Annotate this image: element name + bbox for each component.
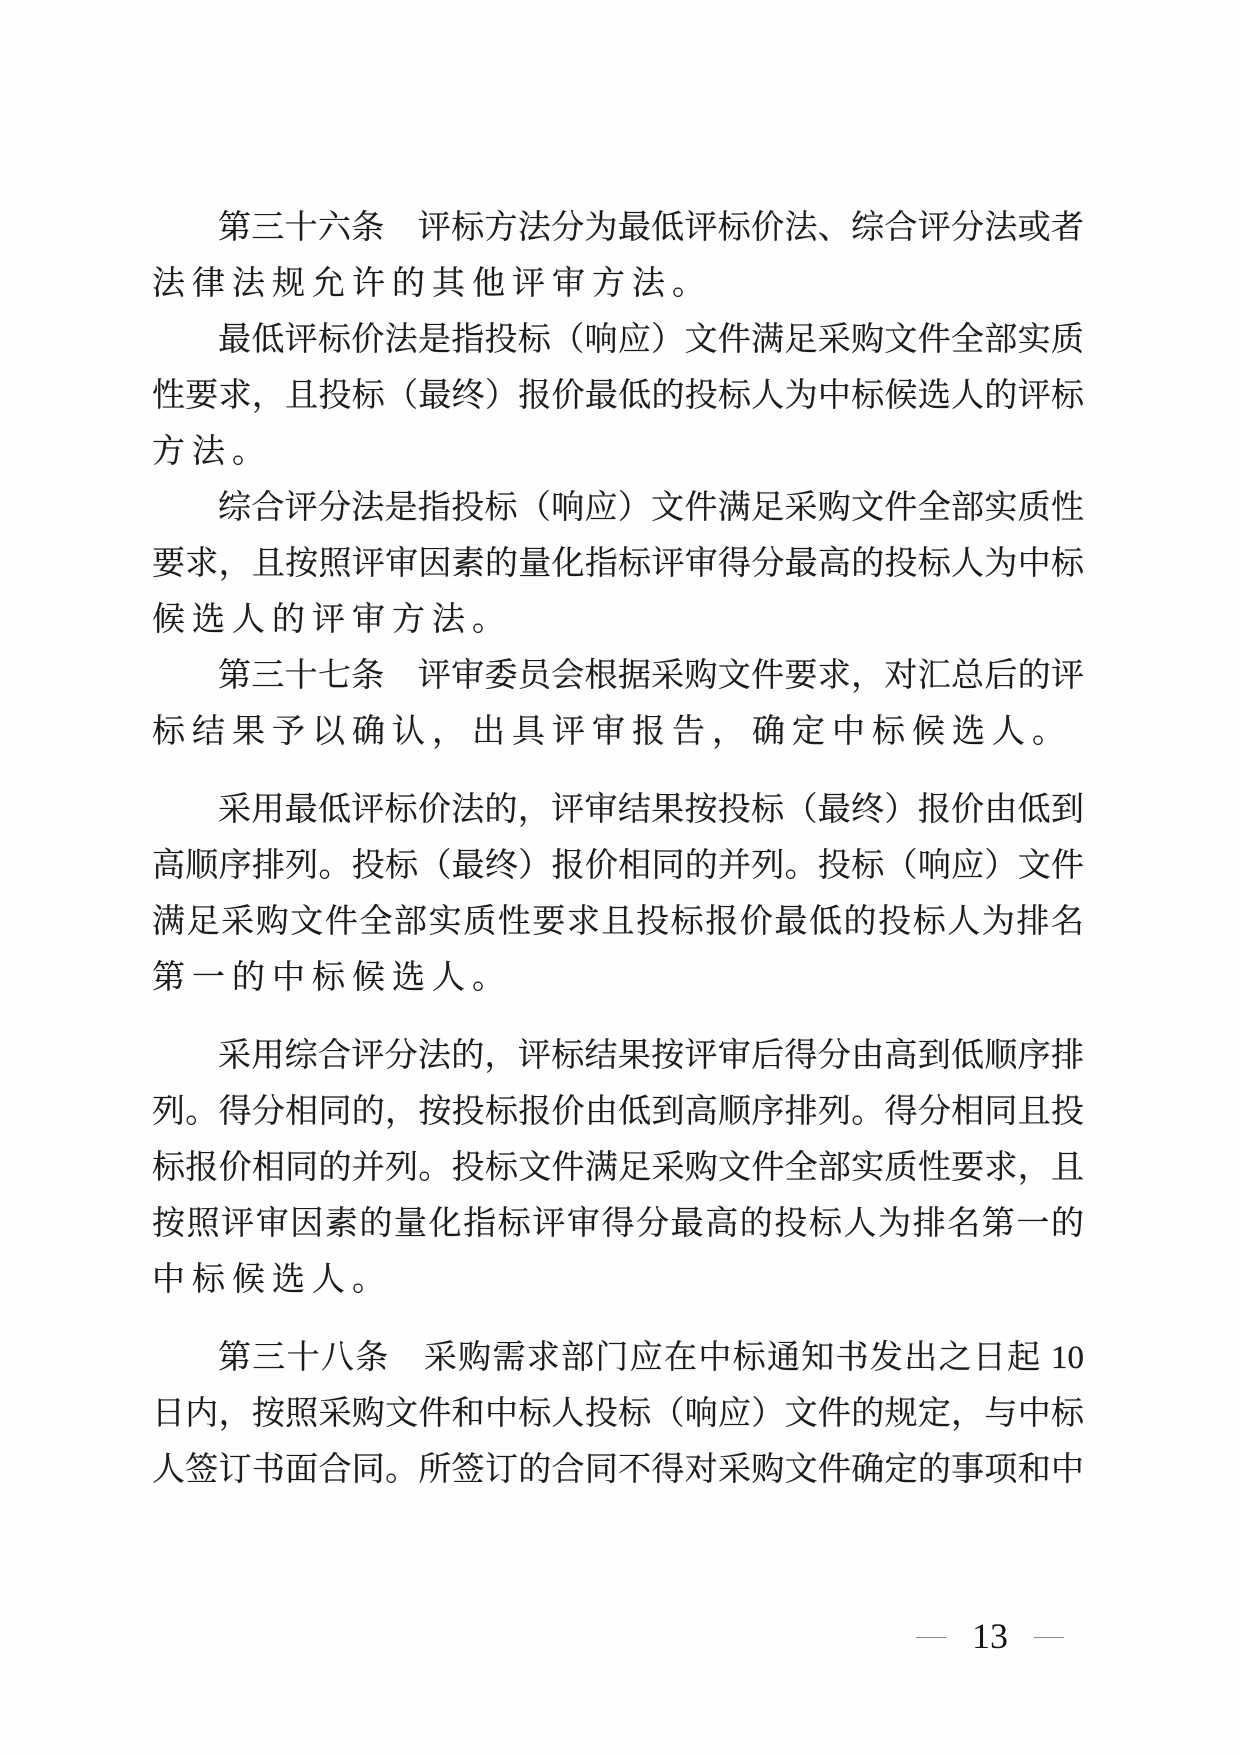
paragraph-article-36-intro: 第三十六条 评标方法分为最低评标价法、综合评分法或者 法律法规允许的其他评审方法…	[152, 200, 1084, 312]
text-line: 性要求，且投标（最终）报价最低的投标人为中标候选人的评标	[152, 368, 1084, 424]
text-line: 第三十八条 采购需求部门应在中标通知书发出之日起 10	[152, 1330, 1084, 1386]
text-line: 方法。	[152, 424, 1084, 480]
text-line: 第三十六条 评标方法分为最低评标价法、综合评分法或者	[152, 200, 1084, 256]
page-footer: — 13 —	[880, 1612, 1100, 1660]
text-line: 候选人的评审方法。	[152, 592, 1084, 648]
text-line: 法律法规允许的其他评审方法。	[152, 256, 1084, 312]
text-line: 采用综合评分法的，评标结果按评审后得分由高到低顺序排	[152, 1028, 1084, 1084]
text-line: 按照评审因素的量化指标评审得分最高的投标人为排名第一的	[152, 1196, 1084, 1252]
page-number: 13	[972, 1612, 1008, 1660]
text-line: 标报价相同的并列。投标文件满足采购文件全部实质性要求，且	[152, 1140, 1084, 1196]
text-line: 要求，且按照评审因素的量化指标评审得分最高的投标人为中标	[152, 536, 1084, 592]
text-line: 列。得分相同的，按投标报价由低到高顺序排列。得分相同且投	[152, 1084, 1084, 1140]
text-line: 人签订书面合同。所签订的合同不得对采购文件确定的事项和中	[152, 1442, 1084, 1498]
text-line: 高顺序排列。投标（最终）报价相同的并列。投标（响应）文件	[152, 838, 1084, 894]
text-line: 第三十七条 评审委员会根据采购文件要求，对汇总后的评	[152, 648, 1084, 704]
document-page: 第三十六条 评标方法分为最低评标价法、综合评分法或者 法律法规允许的其他评审方法…	[0, 0, 1241, 1755]
paragraph-article-37: 第三十七条 评审委员会根据采购文件要求，对汇总后的评 标结果予以确认，出具评审报…	[152, 648, 1084, 760]
page-number-dash-right: —	[1034, 1619, 1064, 1653]
paragraph-comprehensive-scoring-ranking: 采用综合评分法的，评标结果按评审后得分由高到低顺序排 列。得分相同的，按投标报价…	[152, 1028, 1084, 1308]
paragraph-lowest-price-ranking: 采用最低评标价法的，评审结果按投标（最终）报价由低到 高顺序排列。投标（最终）报…	[152, 782, 1084, 1006]
document-body: 第三十六条 评标方法分为最低评标价法、综合评分法或者 法律法规允许的其他评审方法…	[152, 200, 1084, 1498]
text-line: 标结果予以确认，出具评审报告，确定中标候选人。	[152, 704, 1084, 760]
text-line: 最低评标价法是指投标（响应）文件满足采购文件全部实质	[152, 312, 1084, 368]
paragraph-article-38: 第三十八条 采购需求部门应在中标通知书发出之日起 10 日内，按照采购文件和中标…	[152, 1330, 1084, 1498]
page-number-dash-left: —	[916, 1619, 946, 1653]
text-line: 采用最低评标价法的，评审结果按投标（最终）报价由低到	[152, 782, 1084, 838]
paragraph-comprehensive-scoring-definition: 综合评分法是指投标（响应）文件满足采购文件全部实质性 要求，且按照评审因素的量化…	[152, 480, 1084, 648]
text-line: 综合评分法是指投标（响应）文件满足采购文件全部实质性	[152, 480, 1084, 536]
text-line: 满足采购文件全部实质性要求且投标报价最低的投标人为排名	[152, 894, 1084, 950]
text-line: 日内，按照采购文件和中标人投标（响应）文件的规定，与中标	[152, 1386, 1084, 1442]
paragraph-lowest-price-method-definition: 最低评标价法是指投标（响应）文件满足采购文件全部实质 性要求，且投标（最终）报价…	[152, 312, 1084, 480]
text-line: 第一的中标候选人。	[152, 950, 1084, 1006]
text-line: 中标候选人。	[152, 1252, 1084, 1308]
